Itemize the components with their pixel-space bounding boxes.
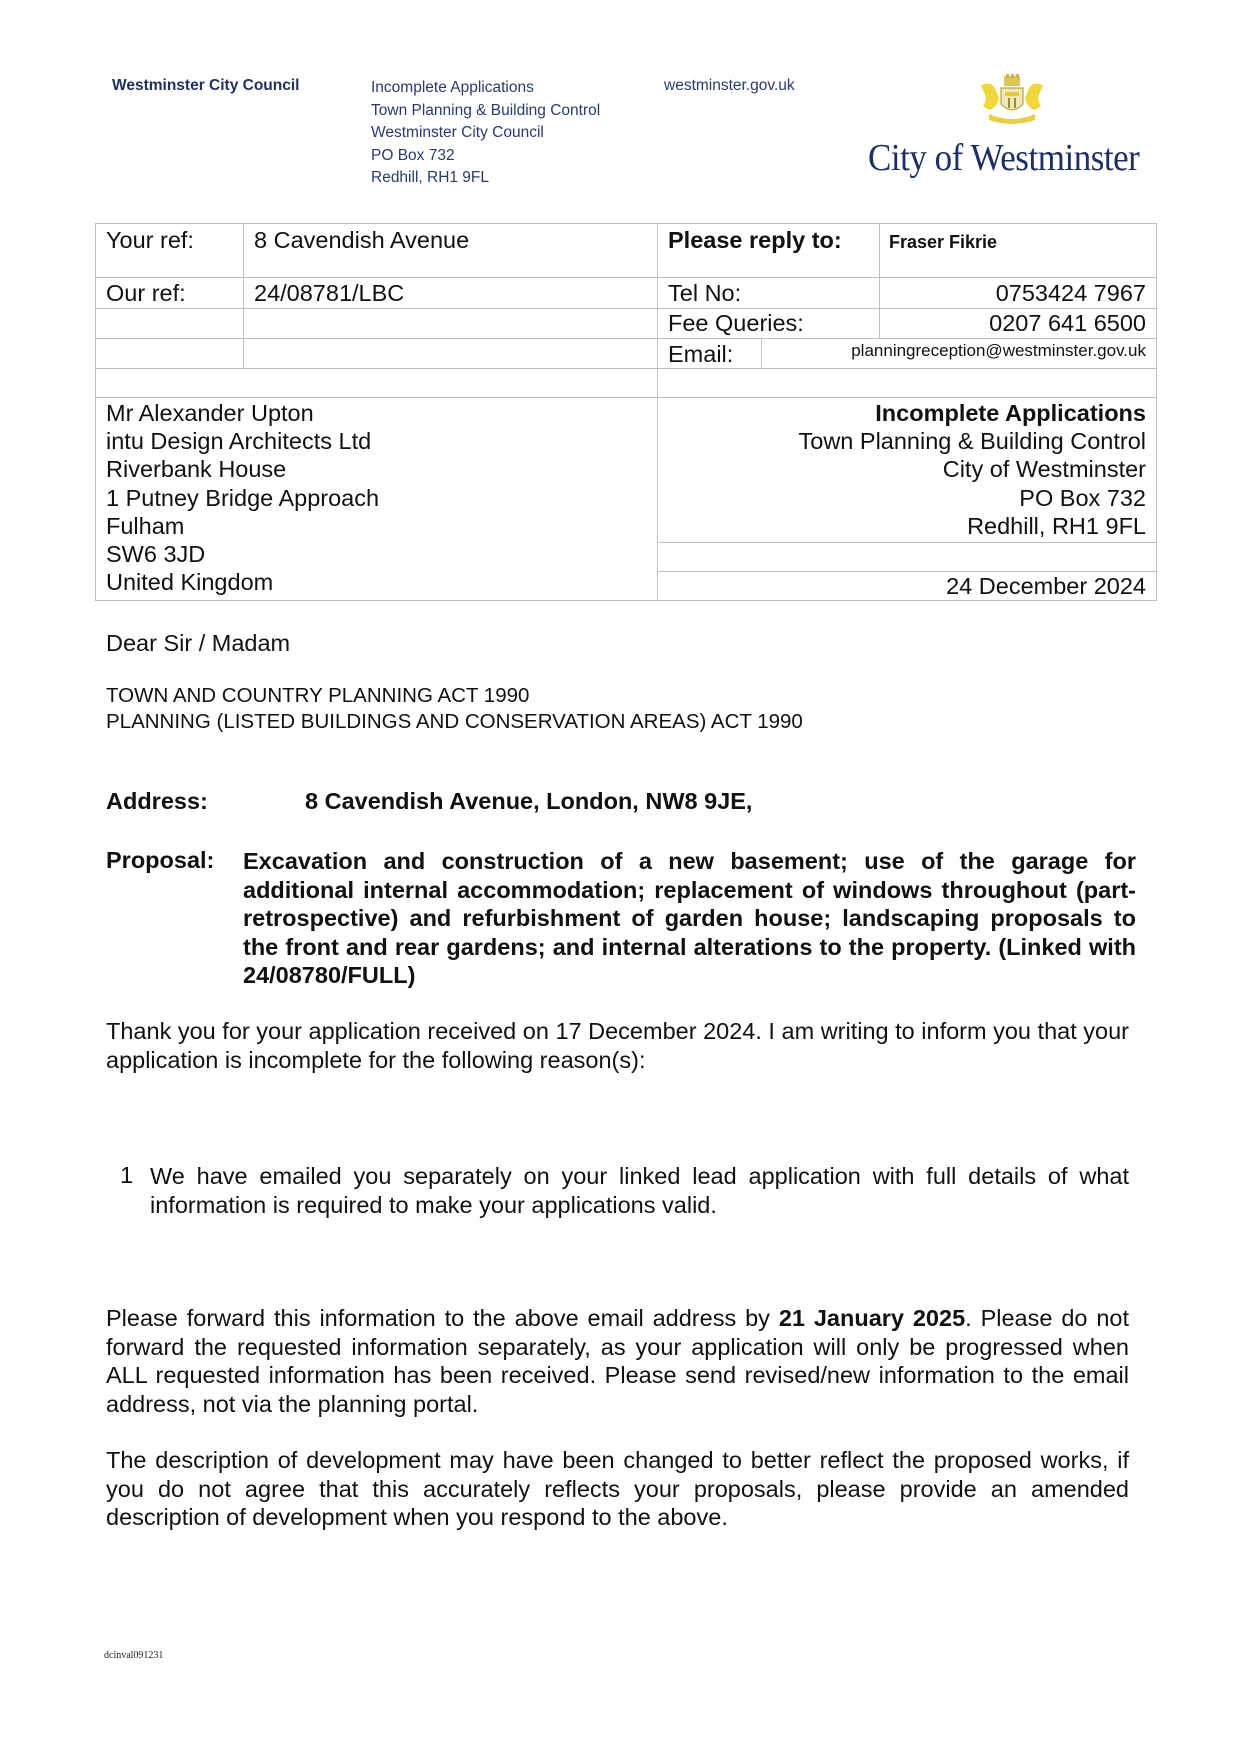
- email-label: Email:: [668, 340, 733, 368]
- address-label: Address:: [106, 788, 208, 815]
- deadline-paragraph: Please forward this information to the a…: [106, 1304, 1129, 1418]
- proposal-description: Excavation and construction of a new bas…: [243, 847, 1136, 990]
- website-link[interactable]: westminster.gov.uk: [664, 77, 795, 95]
- reason-number: 1: [120, 1162, 133, 1189]
- sender-line: Redhill, RH1 9FL: [666, 512, 1146, 540]
- act-title: PLANNING (LISTED BUILDINGS AND CONSERVAT…: [106, 709, 803, 735]
- recipient-line: Riverbank House: [106, 455, 379, 483]
- city-of-westminster-logo: City of Westminster: [868, 136, 1139, 180]
- reply-to-label: Please reply to:: [668, 226, 842, 254]
- reply-to-name: Fraser Fikrie: [889, 228, 997, 256]
- recipient-line: Mr Alexander Upton: [106, 399, 379, 427]
- coat-of-arms-icon: [975, 74, 1049, 126]
- your-ref-value: 8 Cavendish Avenue: [254, 226, 469, 254]
- table-divider: [761, 338, 762, 368]
- table-divider: [657, 542, 1156, 543]
- email-address-link[interactable]: planningreception@westminster.gov.uk: [766, 337, 1146, 365]
- description-note-paragraph: The description of development may have …: [106, 1446, 1129, 1532]
- table-divider: [879, 224, 880, 338]
- return-address-line: Redhill, RH1 9FL: [371, 167, 600, 190]
- fee-queries-label: Fee Queries:: [668, 309, 804, 337]
- recipient-line: 1 Putney Bridge Approach: [106, 484, 379, 512]
- site-address: 8 Cavendish Avenue, London, NW8 9JE,: [305, 788, 752, 815]
- table-divider: [243, 224, 244, 368]
- recipient-line: United Kingdom: [106, 568, 379, 596]
- deadline-pre: Please forward this information to the a…: [106, 1305, 779, 1331]
- return-address-line: Town Planning & Building Control: [371, 100, 600, 123]
- our-ref-value: 24/08781/LBC: [254, 279, 404, 307]
- proposal-label: Proposal:: [106, 847, 214, 874]
- recipient-address: Mr Alexander Upton intu Design Architect…: [106, 399, 379, 596]
- reference-table: Your ref: 8 Cavendish Avenue Our ref: 24…: [95, 223, 1157, 601]
- recipient-line: Fulham: [106, 512, 379, 540]
- fee-queries-value: 0207 641 6500: [886, 309, 1146, 337]
- document-code: dcinval091231: [104, 1650, 163, 1661]
- reason-text: We have emailed you separately on your l…: [150, 1162, 1129, 1219]
- table-divider: [657, 224, 658, 600]
- salutation: Dear Sir / Madam: [106, 629, 290, 658]
- act-title: TOWN AND COUNTRY PLANNING ACT 1990: [106, 683, 803, 709]
- recipient-line: intu Design Architects Ltd: [106, 427, 379, 455]
- return-address-line: Incomplete Applications: [371, 77, 600, 100]
- recipient-line: SW6 3JD: [106, 540, 379, 568]
- your-ref-label: Your ref:: [106, 226, 194, 254]
- our-ref-label: Our ref:: [106, 279, 186, 307]
- intro-paragraph: Thank you for your application received …: [106, 1017, 1129, 1074]
- tel-label: Tel No:: [668, 279, 741, 307]
- deadline-date: 21 January 2025: [779, 1305, 965, 1331]
- return-address-line: PO Box 732: [371, 145, 600, 168]
- sender-line: City of Westminster: [666, 455, 1146, 483]
- letter-date: 24 December 2024: [666, 572, 1146, 600]
- sender-heading: Incomplete Applications: [666, 399, 1146, 427]
- council-name: Westminster City Council: [112, 77, 299, 95]
- table-divider: [96, 397, 1156, 398]
- return-address-line: Westminster City Council: [371, 122, 600, 145]
- table-divider: [96, 277, 1156, 278]
- sender-line: PO Box 732: [666, 484, 1146, 512]
- return-address: Incomplete Applications Town Planning & …: [371, 77, 600, 190]
- legislation-heading: TOWN AND COUNTRY PLANNING ACT 1990 PLANN…: [106, 683, 803, 735]
- tel-value: 0753424 7967: [886, 279, 1146, 307]
- sender-address: Incomplete Applications Town Planning & …: [666, 399, 1146, 540]
- table-divider: [96, 368, 1156, 369]
- sender-line: Town Planning & Building Control: [666, 427, 1146, 455]
